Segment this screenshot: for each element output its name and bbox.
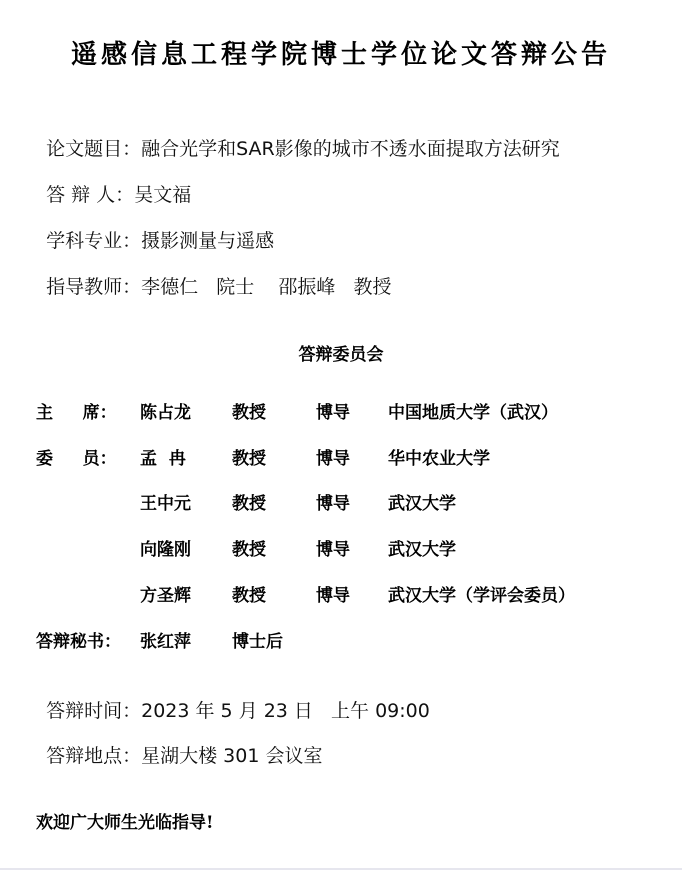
thesis-title-label: 论文题目：: [46, 138, 141, 160]
committee-member-row: 王中元 教授 博导 武汉大学: [36, 489, 48, 515]
defense-place-line: 答辩地点：星湖大楼 301 会议室: [34, 719, 322, 768]
member-role: 主 席：: [36, 398, 138, 423]
major-value: 摄影测量与遥感: [141, 230, 274, 252]
member-advisor: 博导: [316, 535, 350, 560]
member-title: 教授: [232, 444, 266, 469]
major-line: 学科专业：摄影测量与遥感: [34, 204, 274, 253]
member-institution: 武汉大学（学评会委员）: [388, 581, 575, 606]
committee-heading: 答辩委员会: [0, 340, 682, 365]
member-institution: 武汉大学: [388, 489, 456, 514]
member-title: 教授: [232, 489, 266, 514]
member-institution: 中国地质大学（武汉）: [388, 398, 558, 423]
secretary-name: 张红萍: [140, 627, 191, 652]
secretary-row: 答辩秘书： 张红萍 博士后: [36, 627, 48, 653]
member-name: 孟 冉: [140, 444, 186, 469]
thesis-title-value: 融合光学和SAR影像的城市不透水面提取方法研究: [141, 138, 560, 160]
member-title: 教授: [232, 398, 266, 423]
defender-value: 吴文福: [134, 184, 191, 206]
member-institution: 华中农业大学: [388, 444, 490, 469]
member-advisor: 博导: [316, 444, 350, 469]
member-name: 陈占龙: [140, 398, 191, 423]
member-advisor: 博导: [316, 489, 350, 514]
supervisors-line: 指导教师：李德仁 院士 邵振峰 教授: [34, 250, 392, 299]
defense-time-line: 答辩时间：2023 年 5 月 23 日 上午 09:00: [34, 674, 430, 723]
page-title: 遥感信息工程学院博士学位论文答辩公告: [0, 34, 682, 71]
committee-member-row: 委 员： 孟 冉 教授 博导 华中农业大学: [36, 444, 48, 470]
member-role: 委 员：: [36, 444, 138, 469]
member-name: 王中元: [140, 489, 191, 514]
secretary-title: 博士后: [232, 627, 283, 652]
defender-label: 答 辩 人：: [46, 184, 134, 206]
defense-place-label: 答辩地点：: [46, 745, 141, 767]
member-name: 向隆刚: [140, 535, 191, 560]
supervisors-value: 李德仁 院士 邵振峰 教授: [141, 276, 391, 298]
member-institution: 武汉大学: [388, 535, 456, 560]
committee-member-row: 向隆刚 教授 博导 武汉大学: [36, 535, 48, 561]
member-advisor: 博导: [316, 398, 350, 423]
member-title: 教授: [232, 535, 266, 560]
welcome-message: 欢迎广大师生光临指导!: [36, 808, 213, 833]
member-advisor: 博导: [316, 581, 350, 606]
thesis-title-line: 论文题目：融合光学和SAR影像的城市不透水面提取方法研究: [34, 112, 560, 161]
committee-member-row: 主 席： 陈占龙 教授 博导 中国地质大学（武汉）: [36, 398, 48, 424]
secretary-role: 答辩秘书：: [36, 627, 138, 652]
defender-line: 答 辩 人：吴文福: [34, 158, 191, 207]
member-name: 方圣辉: [140, 581, 191, 606]
member-title: 教授: [232, 581, 266, 606]
major-label: 学科专业：: [46, 230, 141, 252]
supervisors-label: 指导教师：: [46, 276, 141, 298]
committee-member-row: 方圣辉 教授 博导 武汉大学（学评会委员）: [36, 581, 48, 607]
defense-place-value: 星湖大楼 301 会议室: [141, 745, 322, 767]
